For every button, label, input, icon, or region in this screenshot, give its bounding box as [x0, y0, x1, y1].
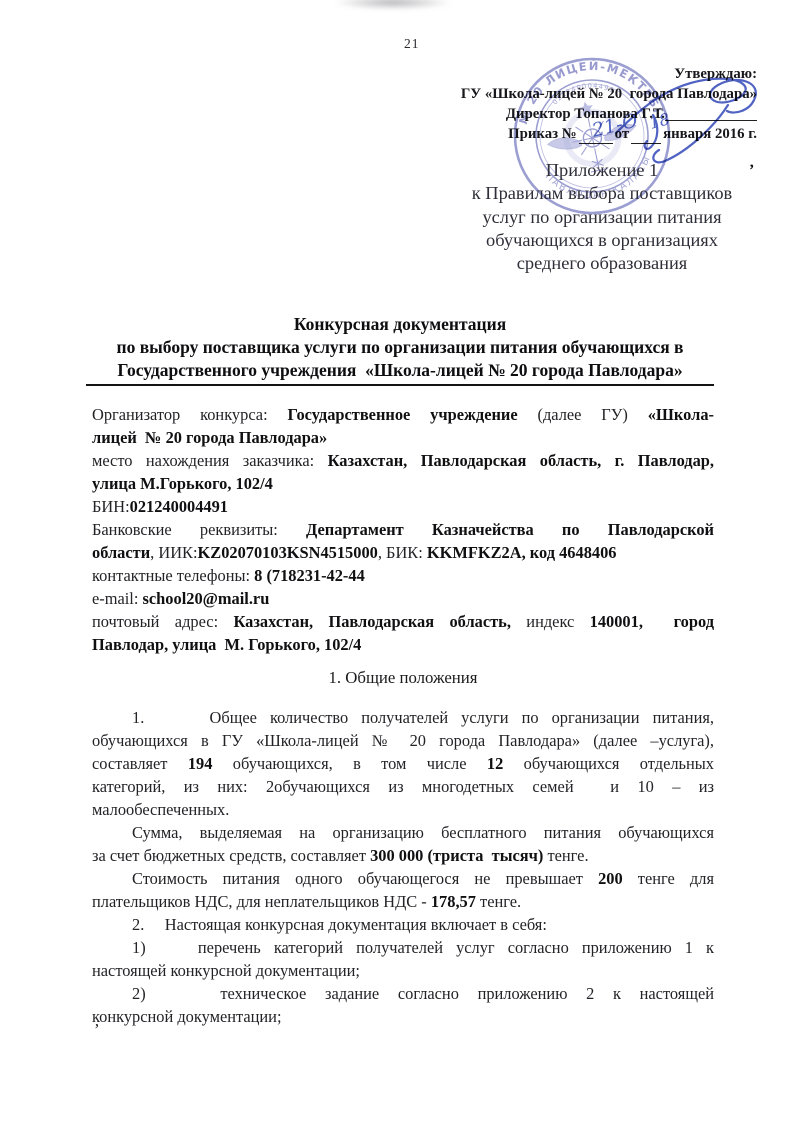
text-line: Сумма, выделяемая на организацию бесплат…: [92, 821, 714, 844]
text-line: место нахождения заказчика: Казахстан, П…: [92, 449, 714, 472]
title-line: Конкурсная документация: [86, 313, 714, 336]
title-underline-rule: [86, 384, 714, 386]
text-line: БИН:021240004491: [92, 495, 714, 518]
text-line: Банковские реквизиты: Департамент Казнач…: [92, 518, 714, 541]
text-line: малообеспеченных.: [92, 798, 714, 821]
scanned-document-page: 21 Утверждаю: ГУ «Школа-лицей № 20 город…: [0, 0, 800, 1134]
handwritten-order-number: 21-О: [589, 109, 641, 142]
text-line: 1. Общее количество получателей услуги п…: [92, 706, 714, 729]
annex-line: среднего образования: [428, 252, 776, 275]
scan-smudge-artifact: [333, 0, 453, 10]
text-line: 2) техническое задание согласно приложен…: [92, 982, 714, 1005]
organizer-details-block: Организатор конкурса: Государственное уч…: [92, 403, 714, 656]
page-number: 21: [404, 36, 420, 52]
title-line: по выбору поставщика услуги по организац…: [86, 336, 714, 359]
text-line: области, ИИК:KZ02070103KSN4515000, БИК: …: [92, 541, 714, 564]
stray-comma-artifact: ’: [94, 1020, 100, 1040]
text-line: e-mail: school20@mail.ru: [92, 587, 714, 610]
section-heading: 1. Общие положения: [92, 668, 714, 688]
text-line: Стоимость питания одного обучающегося не…: [92, 867, 714, 890]
text-line: составляет 194 обучающихся, в том числе …: [92, 752, 714, 775]
annex-block: Приложение 1 к Правилам выбора поставщик…: [428, 159, 776, 275]
text-line: настоящей конкурсной документации;: [92, 959, 714, 982]
title-line: Государственного учреждения «Школа-лицей…: [86, 359, 714, 382]
handwritten-day: 18: [647, 109, 672, 133]
annex-line: услуг по организации питания: [428, 206, 776, 229]
text-line: обучающихся в ГУ «Школа-лицей № 20 город…: [92, 729, 714, 752]
annex-line: Приложение 1: [428, 159, 776, 182]
annex-line: к Правилам выбора поставщиков: [428, 182, 776, 205]
text-line: Организатор конкурса: Государственное уч…: [92, 403, 714, 426]
text-line: 2. Настоящая конкурсная документация вкл…: [92, 913, 714, 936]
text-line: 1) перечень категорий получателей услуг …: [92, 936, 714, 959]
text-line: за счет бюджетных средств, составляет 30…: [92, 844, 714, 867]
text-line: улица М.Горького, 102/4: [92, 472, 714, 495]
text-line: контактные телефоны: 8 (718231-42-44: [92, 564, 714, 587]
text-line: лицей № 20 города Павлодара»: [92, 426, 714, 449]
text-line: конкурсной документации;: [92, 1005, 714, 1028]
ink-speck-artifact: ’: [749, 162, 754, 180]
text-line: Павлодар, улица М. Горького, 102/4: [92, 633, 714, 656]
document-title: Конкурсная документация по выбору постав…: [86, 313, 714, 382]
general-provisions-block: 1. Общее количество получателей услуги п…: [92, 706, 714, 1028]
text-line: почтовый адрес: Казахстан, Павлодарская …: [92, 610, 714, 633]
text-line: плательщиков НДС, для неплательщиков НДС…: [92, 890, 714, 913]
annex-line: обучающихся в организациях: [428, 229, 776, 252]
text-line: категорий, из них: 2обучающихся из много…: [92, 775, 714, 798]
